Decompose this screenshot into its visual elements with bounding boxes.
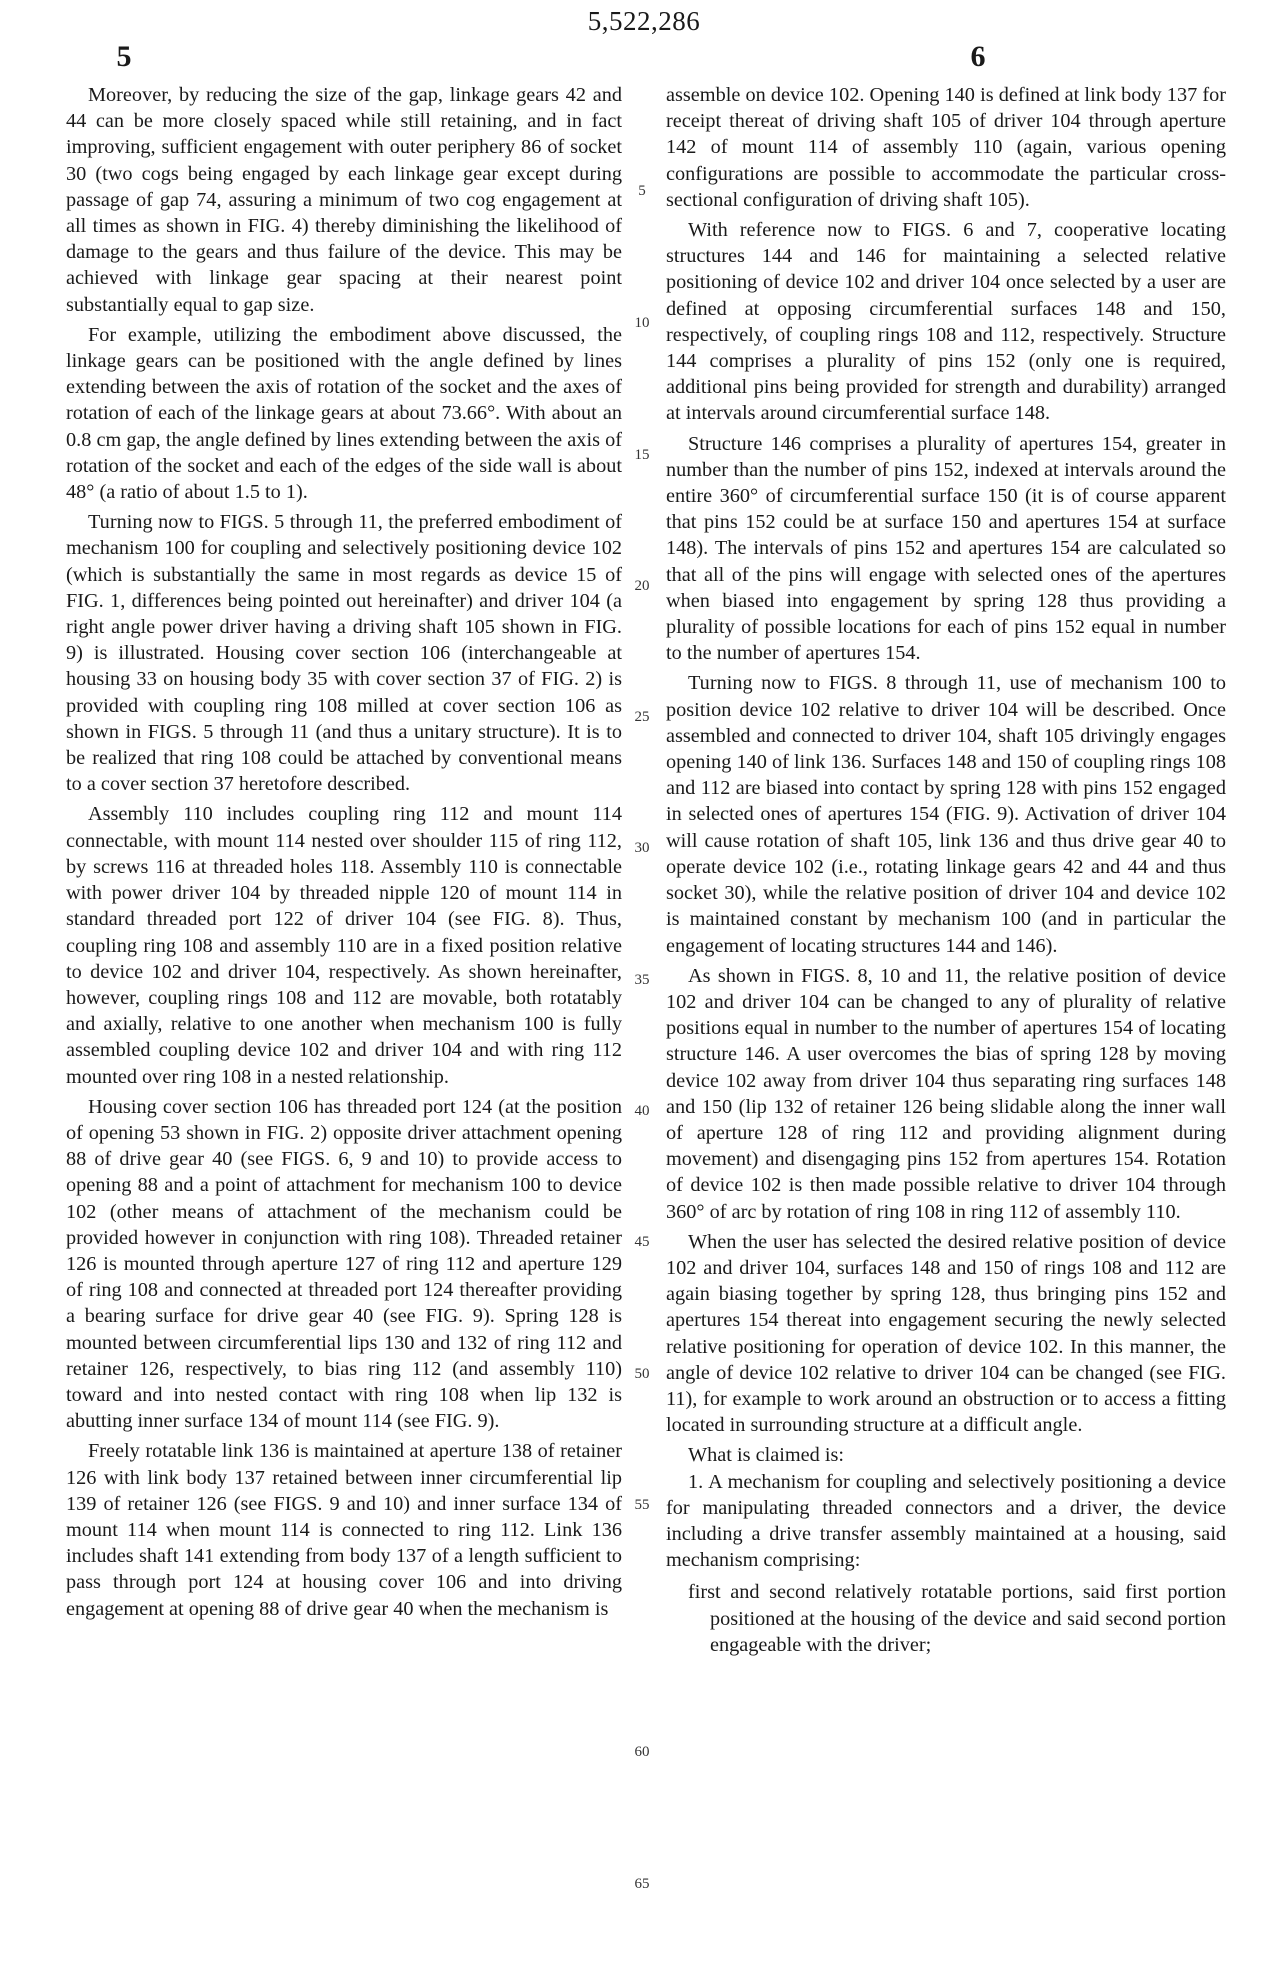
claim-1: 1. A mechanism for coupling and selectiv…	[666, 1469, 1226, 1574]
line-number: 65	[624, 1876, 660, 1893]
paragraph: As shown in FIGS. 8, 10 and 11, the rela…	[666, 963, 1226, 1225]
paragraph: Moreover, by reducing the size of the ga…	[66, 82, 622, 318]
paragraph: Turning now to FIGS. 5 through 11, the p…	[66, 509, 622, 797]
line-number: 50	[624, 1366, 660, 1383]
paragraph: assemble on device 102. Opening 140 is d…	[666, 82, 1226, 213]
paragraph: Structure 146 comprises a plurality of a…	[666, 431, 1226, 667]
column-number-right: 6	[958, 40, 998, 74]
line-number: 25	[624, 709, 660, 726]
paragraph: Assembly 110 includes coupling ring 112 …	[66, 801, 622, 1089]
right-text-column: assemble on device 102. Opening 140 is d…	[666, 82, 1226, 1658]
line-number: 30	[624, 840, 660, 857]
line-number: 15	[624, 447, 660, 464]
paragraph: With reference now to FIGS. 6 and 7, coo…	[666, 217, 1226, 427]
column-number-left: 5	[104, 40, 144, 74]
claim-1-element-1: first and second relatively rotatable po…	[666, 1579, 1226, 1658]
paragraph: Freely rotatable link 136 is maintained …	[66, 1438, 622, 1621]
line-number: 55	[624, 1497, 660, 1514]
paragraph: Turning now to FIGS. 8 through 11, use o…	[666, 670, 1226, 958]
line-number: 60	[624, 1744, 660, 1761]
left-text-column: Moreover, by reducing the size of the ga…	[66, 82, 622, 1626]
paragraph: For example, utilizing the embodiment ab…	[66, 322, 622, 505]
paragraph: Housing cover section 106 has threaded p…	[66, 1094, 622, 1435]
line-number: 40	[624, 1103, 660, 1120]
line-number: 5	[624, 183, 660, 200]
line-number: 20	[624, 578, 660, 595]
line-number-gutter: 5101520253035404550556065	[624, 0, 664, 1972]
claims-heading: What is claimed is:	[666, 1442, 1226, 1468]
line-number: 10	[624, 315, 660, 332]
line-number: 35	[624, 972, 660, 989]
paragraph: When the user has selected the desired r…	[666, 1229, 1226, 1439]
line-number: 45	[624, 1234, 660, 1251]
